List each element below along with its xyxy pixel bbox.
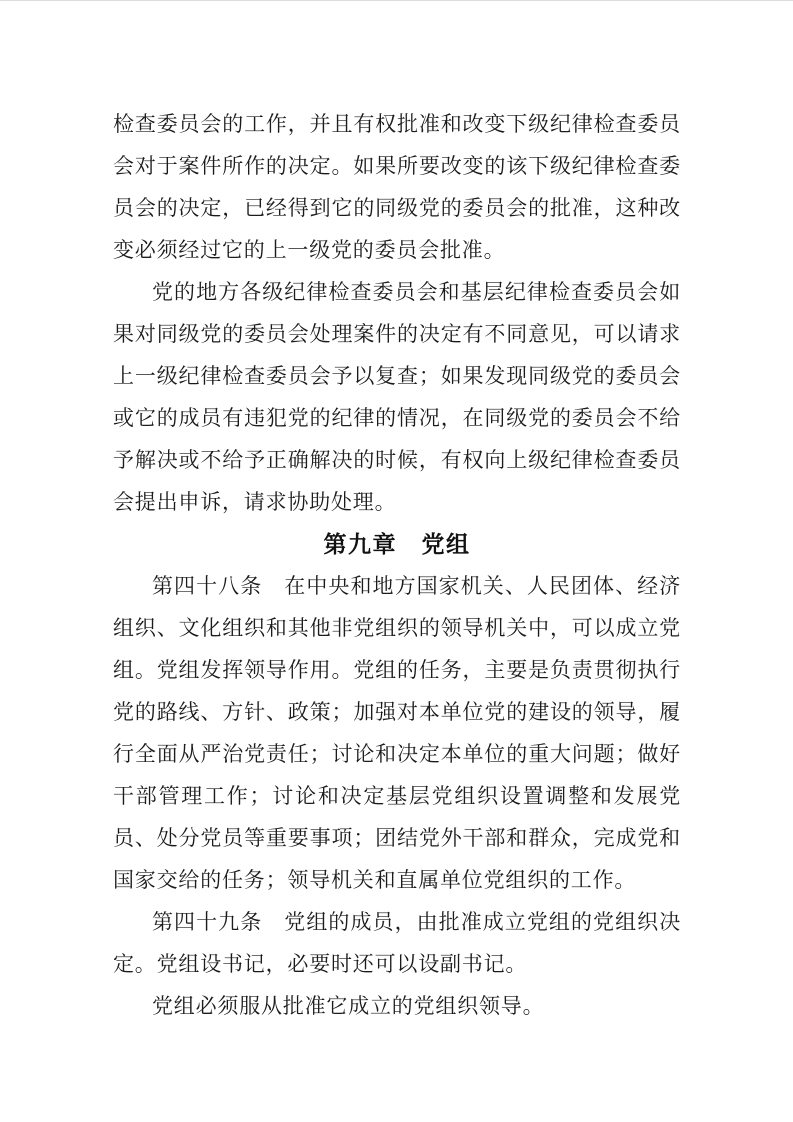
document-page: 检查委员会的工作，并且有权批准和改变下级纪律检查委员会对于案件所作的决定。如果所…: [0, 0, 793, 1122]
article-49-paragraph-2: 党组必须服从批准它成立的党组织领导。: [113, 985, 681, 1027]
chapter-heading: 第九章 党组: [113, 523, 681, 565]
page-top-edge: [0, 0, 793, 1]
body-paragraph: 党的地方各级纪律检查委员会和基层纪律检查委员会如果对同级党的委员会处理案件的决定…: [113, 271, 681, 523]
article-49-paragraph-1: 第四十九条 党组的成员，由批准成立党组的党组织决定。党组设书记，必要时还可以设副…: [113, 901, 681, 985]
article-48-paragraph: 第四十八条 在中央和地方国家机关、人民团体、经济组织、文化组织和其他非党组织的领…: [113, 565, 681, 901]
body-paragraph-continuation: 检查委员会的工作，并且有权批准和改变下级纪律检查委员会对于案件所作的决定。如果所…: [113, 103, 681, 271]
